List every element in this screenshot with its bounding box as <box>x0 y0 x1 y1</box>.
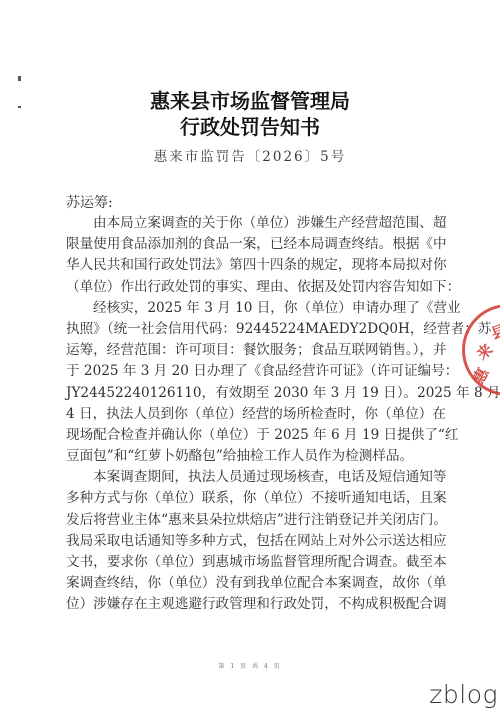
paragraph-line: 发后将营业主体“惠来县朵拉烘焙店”进行注销登记并关闭店门。 <box>66 510 442 531</box>
issuer-title: 惠来县市场监督管理局 <box>0 88 500 114</box>
paragraph-line: （单位）作出行政处罚的事实、理由、依据及处罚内容告知如下： <box>66 277 442 298</box>
paragraph-line: 限量使用食品添加剂的食品一案，已经本局调查终结。根据《中 <box>66 234 442 255</box>
page-footer: 第 1 页 共 4 页 <box>0 661 500 670</box>
seal-char: 来 <box>472 339 497 365</box>
paragraph-line: 多种方式与你（单位）联系，你（单位）不接听通知电话，且案 <box>66 488 442 509</box>
paragraph-line: 运筹，经营范围：许可项目：餐饮服务；食品互联网销售。），并 <box>66 340 442 361</box>
official-seal-stamp: 惠 来 县 市 <box>462 304 500 396</box>
document-page: 惠来县市场监督管理局 行政处罚告知书 惠来市监罚告〔2026〕5号 苏运筹: 由… <box>0 0 500 712</box>
body-text: 由本局立案调查的关于你（单位）涉嫌生产经营超范围、超 限量使用食品添加剂的食品一… <box>66 213 442 616</box>
paragraph-line: 豆面包”和“红萝卜奶酪包”给抽检工作人员作为检测样品。 <box>66 446 442 467</box>
paragraph-line: 现场配合检查并确认你（单位）于 2025 年 6 月 19 日提供了“红 <box>66 425 442 446</box>
paragraph-line: 案调查终结，你（单位）没有到我单位配合本案调查，故你（单 <box>66 573 442 594</box>
seal-char: 惠 <box>468 364 494 388</box>
paragraph-line: 我局采取电话通知等多种方式，包括在网站上对外公示送达相应 <box>66 531 442 552</box>
watermark: zblog <box>429 680 498 709</box>
paragraph-line: 由本局立案调查的关于你（单位）涉嫌生产经营超范围、超 <box>66 213 442 234</box>
document-title: 行政处罚告知书 <box>0 114 500 140</box>
paragraph-line: 本案调查期间，执法人员通过现场核查，电话及短信通知等 <box>66 467 442 488</box>
paragraph-line: 执照》（统一社会信用代码：92445224MAEDY2DQ0H，经营者：苏 <box>66 319 442 340</box>
paragraph-line: 华人民共和国行政处罚法》第四十四条的规定，现将本局拟对你 <box>66 255 442 276</box>
binding-mark <box>18 76 21 81</box>
seal-char: 县 <box>488 319 500 344</box>
paragraph-line: 经核实，2025 年 3 月 10 日，你（单位）申请办理了《营业 <box>66 298 442 319</box>
paragraph-line: 4 日，执法人员到你（单位）经营的场所检查时，你（单位）在 <box>66 404 442 425</box>
document-number: 惠来市监罚告〔2026〕5号 <box>0 145 500 165</box>
paragraph-line: 位）涉嫌存在主观逃避行政管理和行政处罚，不构成积极配合调 <box>66 594 442 615</box>
addressee: 苏运筹: <box>66 192 113 212</box>
paragraph-line: 于 2025 年 3 月 20 日办理了《食品经营许可证》（许可证编号： <box>66 361 442 382</box>
paragraph-line: 文书，要求你（单位）到惠城市场监督管理所配合调查。截至本 <box>66 552 442 573</box>
paragraph-line: JY24452240126110，有效期至 2030 年 3 月 19 日）。2… <box>66 383 442 404</box>
